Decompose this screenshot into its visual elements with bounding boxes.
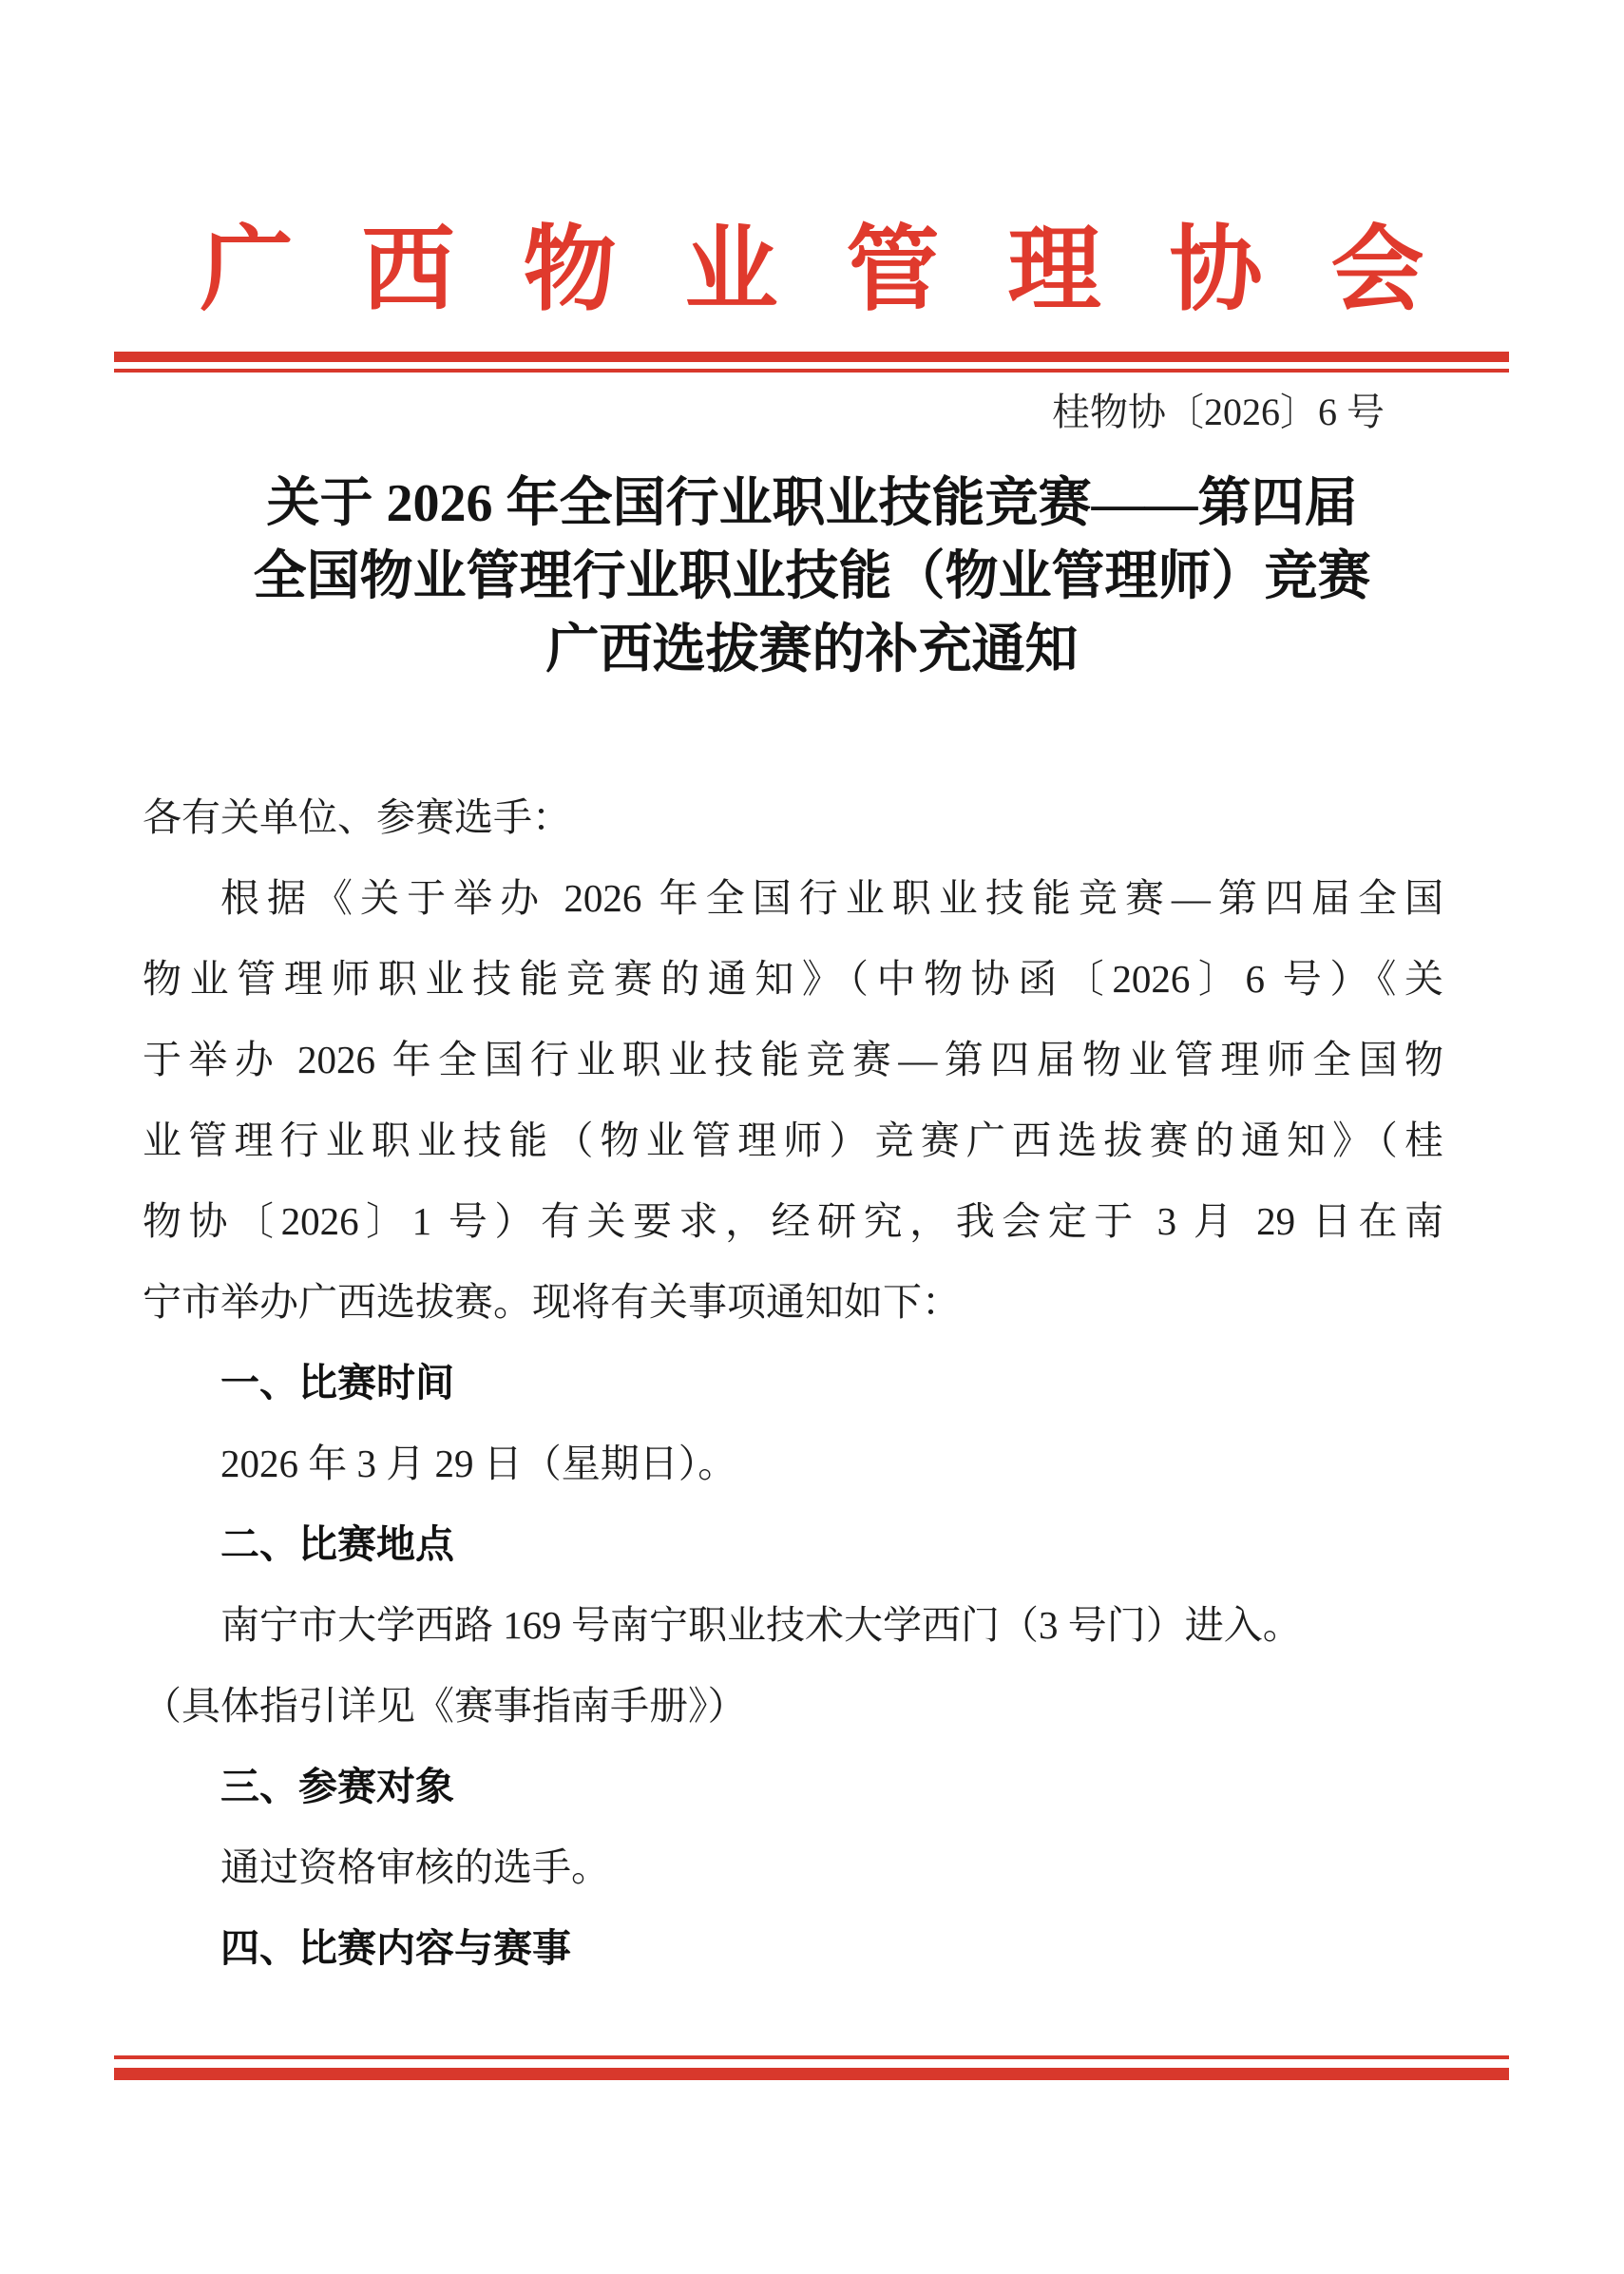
paragraph-line: 业管理行业职业技能（物业管理师）竞赛广西选拔赛的通知》（桂 [143, 1100, 1443, 1181]
document-page: 广西物业管理协会 桂物协〔2026〕6 号 关于 2026 年全国行业职业技能竞… [0, 0, 1624, 2274]
red-divider-top-thin [114, 369, 1509, 373]
red-divider-bottom-thin [114, 2055, 1509, 2059]
paragraph-line: 于举办 2026 年全国行业职业技能竞赛—第四届物业管理师全国物 [143, 1020, 1443, 1100]
section-heading-participants: 三、参赛对象 [143, 1747, 1443, 1827]
notice-title: 关于 2026 年全国行业职业技能竞赛——第四届 全国物业管理行业职业技能（物业… [0, 468, 1624, 687]
paragraph-line: 根据《关于举办 2026 年全国行业职业技能竞赛—第四届全国 [143, 858, 1443, 939]
paragraph-line: 物业管理师职业技能竞赛的通知》（中物协函〔2026〕6 号）《关 [143, 939, 1443, 1020]
document-number: 桂物协〔2026〕6 号 [0, 388, 1624, 437]
competition-location-text: 南宁市大学西路 169 号南宁职业技术大学西门（3 号门）进入。 [143, 1585, 1443, 1666]
section-heading-competition-content: 四、比赛内容与赛事 [143, 1908, 1443, 1989]
paragraph-line: 物协〔2026〕1 号）有关要求，经研究，我会定于 3 月 29 日在南 [143, 1181, 1443, 1262]
notice-title-line: 全国物业管理行业职业技能（物业管理师）竞赛 [0, 541, 1624, 614]
paragraph-line: 宁市举办广西选拔赛。现将有关事项通知如下： [143, 1262, 1443, 1343]
competition-location-note: （具体指引详见《赛事指南手册》） [143, 1666, 1443, 1747]
salutation: 各有关单位、参赛选手： [143, 777, 1443, 858]
section-heading-competition-time: 一、比赛时间 [143, 1343, 1443, 1424]
notice-title-line: 关于 2026 年全国行业职业技能竞赛——第四届 [0, 468, 1624, 541]
red-divider-bottom-thick [114, 2068, 1509, 2080]
participants-text: 通过资格审核的选手。 [143, 1827, 1443, 1908]
organization-masthead: 广西物业管理协会 [0, 220, 1624, 323]
section-heading-competition-location: 二、比赛地点 [143, 1504, 1443, 1585]
notice-body: 各有关单位、参赛选手： 根据《关于举办 2026 年全国行业职业技能竞赛—第四届… [0, 777, 1624, 1989]
red-divider-top-thick [114, 352, 1509, 362]
competition-time-text: 2026 年 3 月 29 日（星期日）。 [143, 1424, 1443, 1504]
notice-title-line: 广西选拔赛的补充通知 [0, 614, 1624, 687]
